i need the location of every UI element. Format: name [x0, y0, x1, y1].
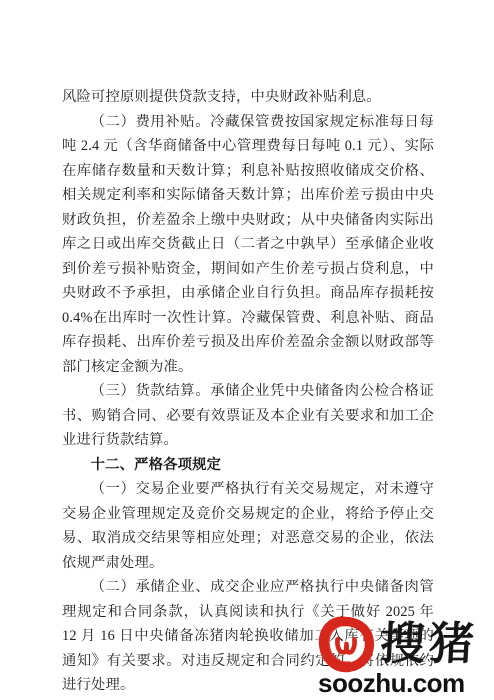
document-body: 风险可控原则提供贷款支持，中央财政补贴利息。（二）费用补贴。冷藏保管费按国家规定…: [62, 85, 434, 698]
brand-domain-text: soozhu.com: [318, 670, 494, 696]
paragraph: （一）交易企业要严格执行有关交易规定，对未遵守交易企业管理规定及竞价交易规定的企…: [62, 477, 434, 575]
watermark-logo-row: 搜猪: [318, 614, 494, 674]
brand-characters: 搜猪: [378, 615, 479, 673]
document-page: 风险可控原则提供贷款支持，中央财政补贴利息。（二）费用补贴。冷藏保管费按国家规定…: [0, 0, 494, 700]
soozhu-pig-logo-icon: [318, 615, 374, 673]
section-heading: 十二、严格各项规定: [62, 453, 434, 478]
paragraph: （三）货款结算。承储企业凭中央储备肉公检合格证书、购销合同、必要有效票证及本企业…: [62, 379, 434, 453]
paragraph: 风险可控原则提供贷款支持，中央财政补贴利息。: [62, 85, 434, 110]
paragraph: （二）费用补贴。冷藏保管费按国家规定标准每日每吨 2.4 元（含华商储备中心管理…: [62, 110, 434, 380]
soozhu-watermark: 搜猪 soozhu.com: [318, 614, 494, 696]
